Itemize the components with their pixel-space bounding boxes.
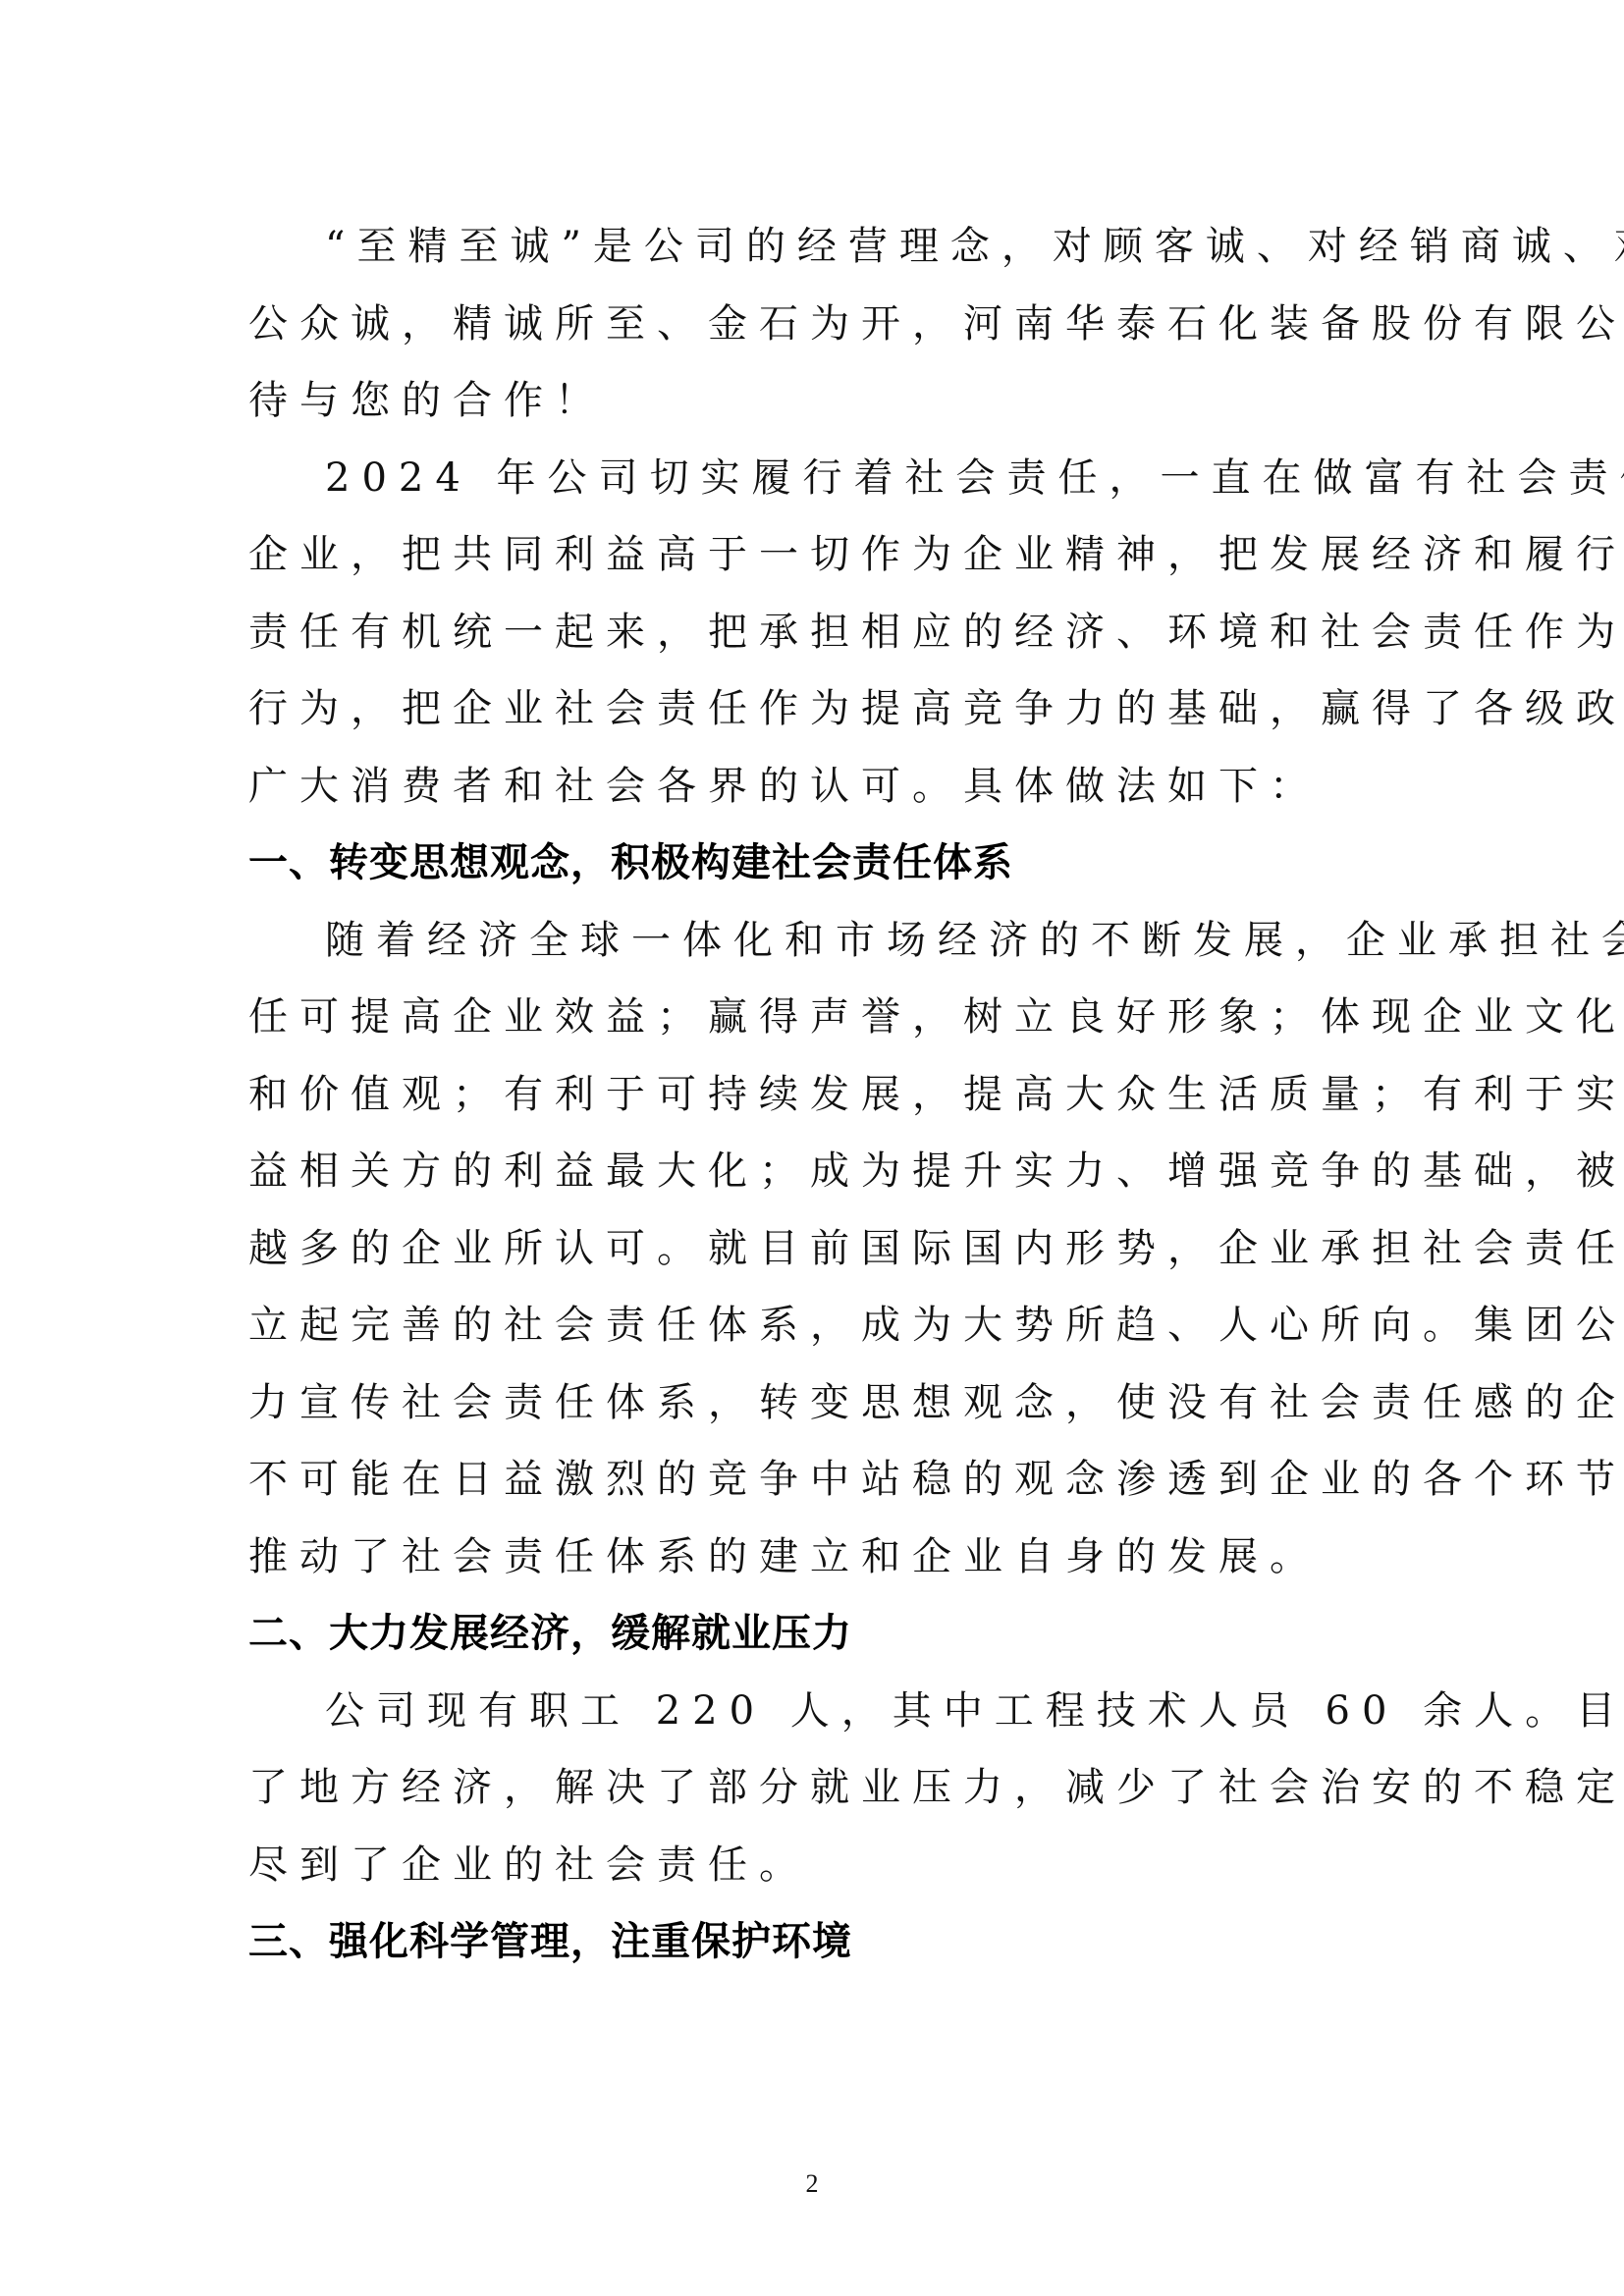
section-heading-1: 一、转变思想观念，积极构建社会责任体系 [248, 825, 1352, 902]
text-line: 了地方经济，解决了部分就业压力，减少了社会治安的不稳定因素， [248, 1749, 1352, 1827]
paragraph-social-responsibility-intro: 2024 年公司切实履行着社会责任，一直在做富有社会责任感的 企业，把共同利益高… [248, 440, 1352, 826]
document-page-body: “至精至诚”是公司的经营理念，对顾客诚、对经销商诚、对 公众诚，精诚所至、金石为… [248, 208, 1352, 1981]
text-line: 和价值观；有利于可持续发展，提高大众生活质量；有利于实现利 [248, 1056, 1352, 1134]
text-line: 随着经济全球一体化和市场经济的不断发展，企业承担社会责 [248, 902, 1352, 980]
text-line: “至精至诚”是公司的经营理念，对顾客诚、对经销商诚、对 [248, 208, 1352, 286]
text-line: 企业，把共同利益高于一切作为企业精神，把发展经济和履行社会 [248, 516, 1352, 594]
text-line: 行为，把企业社会责任作为提高竞争力的基础，赢得了各级政府、 [248, 670, 1352, 748]
text-line: 责任有机统一起来，把承担相应的经济、环境和社会责任作为自觉 [248, 594, 1352, 671]
text-line: 2024 年公司切实履行着社会责任，一直在做富有社会责任感的 [248, 440, 1352, 517]
section-heading-3: 三、强化科学管理，注重保护环境 [248, 1903, 1352, 1981]
text-line: 广大消费者和社会各界的认可。具体做法如下： [248, 748, 1352, 826]
text-line: 尽到了企业的社会责任。 [248, 1827, 1352, 1904]
text-line: 力宣传社会责任体系，转变思想观念，使没有社会责任感的企业就 [248, 1364, 1352, 1442]
paragraph-section-1-body: 随着经济全球一体化和市场经济的不断发展，企业承担社会责 任可提高企业效益；赢得声… [248, 902, 1352, 1596]
text-line: 任可提高企业效益；赢得声誉，树立良好形象；体现企业文化取向 [248, 979, 1352, 1056]
text-line: 公司现有职工 220 人，其中工程技术人员 60 余人。目前，发展 [248, 1673, 1352, 1750]
text-line: 立起完善的社会责任体系，成为大势所趋、人心所向。集团公司大 [248, 1287, 1352, 1364]
section-heading-2: 二、大力发展经济，缓解就业压力 [248, 1595, 1352, 1673]
paragraph-business-philosophy: “至精至诚”是公司的经营理念，对顾客诚、对经销商诚、对 公众诚，精诚所至、金石为… [248, 208, 1352, 440]
page-number: 2 [0, 2169, 1624, 2199]
text-line: 越多的企业所认可。就目前国际国内形势，企业承担社会责任，建 [248, 1210, 1352, 1288]
text-line: 公众诚，精诚所至、金石为开，河南华泰石化装备股份有限公司期 [248, 286, 1352, 363]
paragraph-section-2-body: 公司现有职工 220 人，其中工程技术人员 60 余人。目前，发展 了地方经济，… [248, 1673, 1352, 1904]
text-line: 益相关方的利益最大化；成为提升实力、增强竞争的基础，被越来 [248, 1133, 1352, 1210]
text-line: 待与您的合作！ [248, 362, 1352, 440]
text-line: 不可能在日益激烈的竞争中站稳的观念渗透到企业的各个环节中去， [248, 1441, 1352, 1519]
text-line: 推动了社会责任体系的建立和企业自身的发展。 [248, 1519, 1352, 1596]
